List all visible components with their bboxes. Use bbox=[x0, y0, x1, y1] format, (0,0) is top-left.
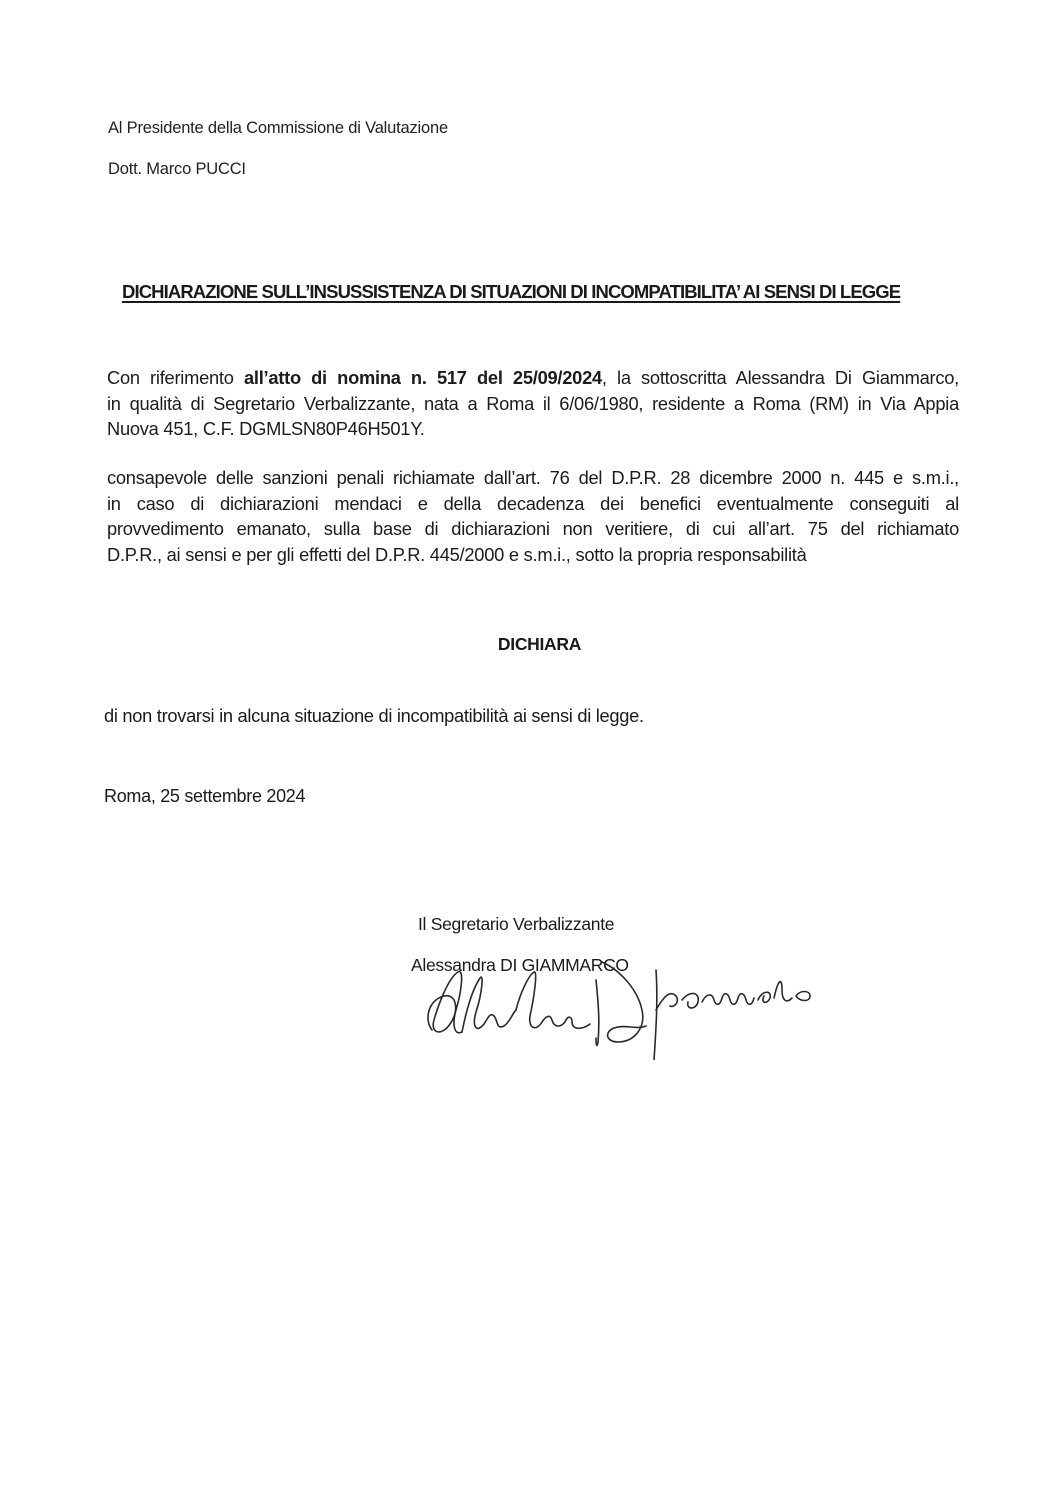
appointment-intro: Con riferimento bbox=[107, 367, 244, 388]
document-page: Al Presidente della Commissione di Valut… bbox=[0, 0, 1059, 1496]
paragraph-awareness-line-1: consapevole delle sanzioni penali richia… bbox=[107, 465, 959, 491]
appointment-rest: , la sottoscritta Alessandra Di Giammarc… bbox=[602, 367, 959, 388]
paragraph-appointment-line-2: in qualità di Segretario Verbalizzante, … bbox=[107, 391, 959, 417]
paragraph-appointment-line-1: Con riferimento all’atto di nomina n. 51… bbox=[107, 365, 959, 391]
recipient-line-1: Al Presidente della Commissione di Valut… bbox=[108, 119, 448, 138]
paragraph-awareness-line-2: in caso di dichiarazioni mendaci e della… bbox=[107, 491, 959, 517]
paragraph-appointment: Con riferimento all’atto di nomina n. 51… bbox=[107, 365, 959, 442]
document-title: DICHIARAZIONE SULL’INSUSSISTENZA DI SITU… bbox=[122, 281, 944, 303]
declaration-text: di non trovarsi in alcuna situazione di … bbox=[104, 705, 644, 727]
declares-heading: DICHIARA bbox=[0, 634, 1059, 655]
paragraph-awareness-line-4: D.P.R., ai sensi e per gli effetti del D… bbox=[107, 542, 959, 568]
signatory-role: Il Segretario Verbalizzante bbox=[418, 914, 614, 935]
place-date: Roma, 25 settembre 2024 bbox=[104, 786, 305, 807]
paragraph-awareness: consapevole delle sanzioni penali richia… bbox=[107, 465, 959, 567]
paragraph-awareness-line-3: provvedimento emanato, sulla base di dic… bbox=[107, 516, 959, 542]
paragraph-appointment-line-3: Nuova 451, C.F. DGMLSN80P46H501Y. bbox=[107, 416, 959, 442]
appointment-reference: all’atto di nomina n. 517 del 25/09/2024 bbox=[244, 367, 602, 388]
handwritten-signature-icon bbox=[420, 950, 840, 1060]
recipient-name: Dott. Marco PUCCI bbox=[108, 160, 246, 179]
